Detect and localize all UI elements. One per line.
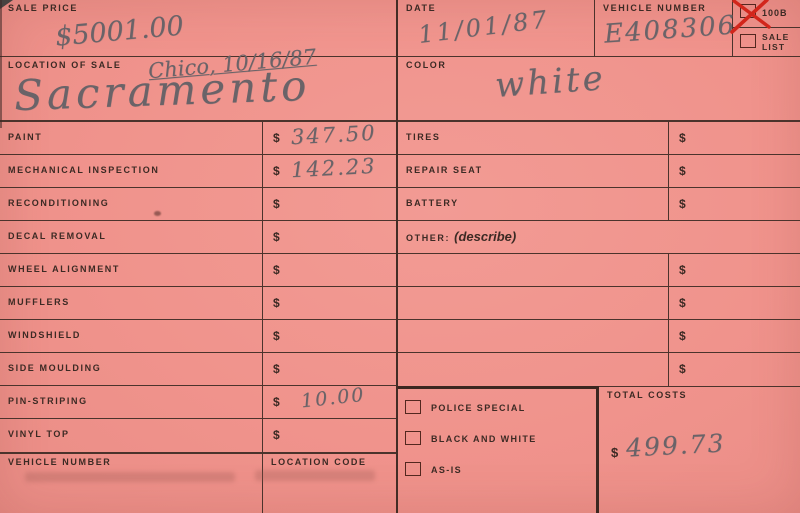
dollar-sign: $: [679, 263, 686, 277]
dollar-sign: $: [273, 131, 280, 145]
other-label: OTHER:: [406, 233, 450, 243]
color-cell: COLOR: [398, 57, 800, 122]
fee-row-value: 10.00: [300, 384, 366, 413]
fee-row-decal-removal: DECAL REMOVAL $: [0, 221, 396, 254]
checkbox-as-is-label: AS-IS: [431, 465, 462, 475]
amount-cell: $ 10.00: [262, 386, 396, 418]
checkbox-sale-list-label: SALE LIST: [762, 32, 789, 52]
vehicle-type-checkbox-cell: POLICE SPECIAL BLACK AND WHITE AS-IS: [398, 386, 599, 513]
amount-cell: $: [668, 353, 800, 386]
location-code-label: LOCATION CODE: [263, 454, 396, 467]
color-label: COLOR: [398, 57, 800, 70]
fee-row-battery: BATTERY $: [398, 188, 800, 221]
vehicle-cost-form-card: SALE PRICE $5001.00 DATE 11/01/87 VEHICL…: [0, 0, 800, 513]
fee-row-side-moulding: SIDE MOULDING $: [0, 353, 396, 386]
fee-row-label: PAINT: [0, 132, 42, 142]
dollar-sign: $: [273, 197, 280, 211]
fee-row-pin-striping: PIN-STRIPING $ 10.00: [0, 386, 396, 419]
dollar-sign: $: [273, 164, 280, 178]
right-fee-table: TIRES $ REPAIR SEAT $ BATTERY $ OTHER:(d…: [398, 122, 800, 386]
total-costs-label: TOTAL COSTS: [599, 387, 800, 400]
total-costs-value: 499.73: [626, 428, 727, 462]
dollar-sign: $: [273, 362, 280, 376]
fee-row-label: REPAIR SEAT: [398, 165, 483, 175]
fee-row-tires: TIRES $: [398, 122, 800, 155]
red-x-mark-icon: [723, 0, 775, 35]
print-bleed-smudge: [25, 472, 235, 482]
dollar-sign: $: [273, 428, 280, 442]
amount-cell: $: [668, 254, 800, 286]
dollar-sign: $: [679, 329, 686, 343]
checkbox-sale-list: [740, 34, 756, 48]
bottom-left-section: VEHICLE NUMBER LOCATION CODE: [0, 452, 396, 513]
dollar-sign: $: [611, 445, 618, 460]
total-costs-cell: TOTAL COSTS $ 499.73: [599, 386, 800, 513]
fee-row-blank: $: [398, 353, 800, 386]
amount-cell: $: [262, 188, 396, 220]
checkbox-black-and-white-label: BLACK AND WHITE: [431, 434, 537, 444]
amount-cell: $ 142.23: [262, 155, 396, 187]
amount-cell: $: [668, 188, 800, 220]
bottom-vehicle-number-cell: VEHICLE NUMBER: [0, 454, 262, 513]
amount-cell: $: [262, 419, 396, 452]
dollar-sign: $: [679, 164, 686, 178]
sale-price-cell: SALE PRICE: [0, 0, 396, 57]
date-label: DATE: [398, 0, 594, 13]
print-bleed-smudge: [255, 470, 375, 481]
amount-cell: $: [668, 320, 800, 352]
fee-row-vinyl-top: VINYL TOP $: [0, 419, 396, 452]
location-code-cell: LOCATION CODE: [262, 454, 396, 513]
fee-row-label: RECONDITIONING: [0, 198, 109, 208]
amount-cell: $: [668, 155, 800, 187]
dollar-sign: $: [679, 197, 686, 211]
fee-row-label: DECAL REMOVAL: [0, 231, 106, 241]
checkbox-as-is: [405, 462, 421, 476]
checkbox-police-special: [405, 400, 421, 414]
amount-cell: $: [668, 287, 800, 319]
sale-price-label: SALE PRICE: [0, 0, 396, 13]
fee-row-other: OTHER:(describe): [398, 221, 800, 254]
dollar-sign: $: [273, 395, 280, 409]
dollar-sign: $: [273, 296, 280, 310]
dollar-sign: $: [679, 362, 686, 376]
bottom-vehicle-number-label: VEHICLE NUMBER: [0, 454, 262, 467]
fee-row-blank: $: [398, 320, 800, 353]
fee-row-mechanical-inspection: MECHANICAL INSPECTION $ 142.23: [0, 155, 396, 188]
dollar-sign: $: [679, 296, 686, 310]
scan-edge-artifact: [0, 0, 2, 128]
fee-row-value: 347.50: [290, 121, 377, 149]
amount-cell: $: [262, 320, 396, 352]
fee-row-label: BATTERY: [398, 198, 459, 208]
bottom-right-section: POLICE SPECIAL BLACK AND WHITE AS-IS TOT…: [398, 386, 800, 513]
fee-row-blank: $: [398, 254, 800, 287]
fee-row-blank: $: [398, 287, 800, 320]
fee-row-mufflers: MUFFLERS $: [0, 287, 396, 320]
checkbox-100b-cell: 100B: [733, 0, 800, 28]
other-label-group: OTHER:(describe): [398, 233, 516, 243]
fee-row-label: MUFFLERS: [0, 297, 70, 307]
checkbox-black-and-white: [405, 431, 421, 445]
fee-row-windshield: WINDSHIELD $: [0, 320, 396, 353]
checkbox-police-special-label: POLICE SPECIAL: [431, 403, 526, 413]
fee-row-label: WINDSHIELD: [0, 330, 81, 340]
dollar-sign: $: [273, 329, 280, 343]
dollar-sign: $: [273, 230, 280, 244]
fee-row-label: SIDE MOULDING: [0, 363, 101, 373]
total-costs-line: $ 499.73: [611, 431, 726, 460]
vehicle-number-label: VEHICLE NUMBER: [595, 0, 732, 13]
ink-speck: [154, 211, 161, 216]
dollar-sign: $: [679, 131, 686, 145]
fee-row-label: PIN-STRIPING: [0, 396, 88, 406]
left-fee-table: PAINT $ 347.50 MECHANICAL INSPECTION $ 1…: [0, 122, 396, 452]
vehicle-number-cell: VEHICLE NUMBER: [595, 0, 733, 57]
dollar-sign: $: [273, 263, 280, 277]
date-cell: DATE: [398, 0, 595, 57]
amount-cell: $ 347.50: [262, 122, 396, 154]
other-describe-hint: (describe): [454, 229, 516, 244]
fee-row-repair-seat: REPAIR SEAT $: [398, 155, 800, 188]
location-of-sale-label: LOCATION OF SALE: [0, 57, 396, 70]
fee-row-wheel-alignment: WHEEL ALIGNMENT $: [0, 254, 396, 287]
amount-cell: $: [262, 287, 396, 319]
sale-list-label-line2: LIST: [762, 42, 785, 52]
location-of-sale-cell: LOCATION OF SALE: [0, 57, 396, 122]
amount-cell: $: [262, 221, 396, 253]
fee-row-label: WHEEL ALIGNMENT: [0, 264, 120, 274]
amount-cell: $: [262, 353, 396, 385]
fee-row-label: VINYL TOP: [0, 429, 70, 439]
fee-row-reconditioning: RECONDITIONING $: [0, 188, 396, 221]
fee-row-label: MECHANICAL INSPECTION: [0, 165, 159, 175]
fee-row-label: TIRES: [398, 132, 441, 142]
fee-row-value: 142.23: [290, 154, 377, 182]
amount-cell: $: [262, 254, 396, 286]
fee-row-paint: PAINT $ 347.50: [0, 122, 396, 155]
amount-cell: $: [668, 122, 800, 154]
